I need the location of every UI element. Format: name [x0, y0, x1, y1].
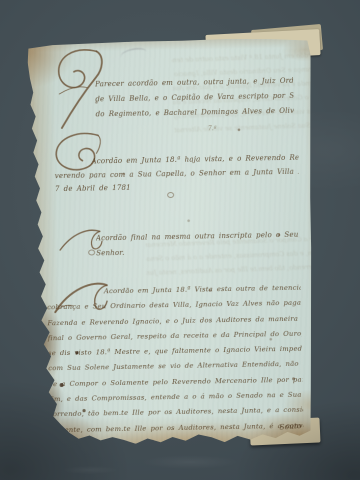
manuscript-page: Acordão em Junta 18.ª Vista esta outra d… — [24, 37, 319, 446]
paragraph-4: Acordão em Junta 18.ª Vista esta outra d… — [47, 281, 304, 439]
folio-mark: 7.ª — [208, 125, 217, 132]
paragraph-2: Acordão em Junta 18.ª haja vista, e o Re… — [54, 152, 299, 197]
ink-specks — [24, 43, 26, 45]
photo-stage: Acordão em Junta 18.ª Vista esta outra d… — [0, 0, 360, 480]
flourish-dot — [167, 192, 174, 198]
paragraph-1: Parecer acordão em outra, outra junta, e… — [95, 74, 294, 123]
flourish-dot — [88, 249, 95, 255]
signature-rubric: Souto — [279, 421, 302, 432]
paragraph-3: Acordão final na mesma outra inscripta p… — [96, 228, 299, 262]
pencil-smudge — [120, 47, 147, 61]
